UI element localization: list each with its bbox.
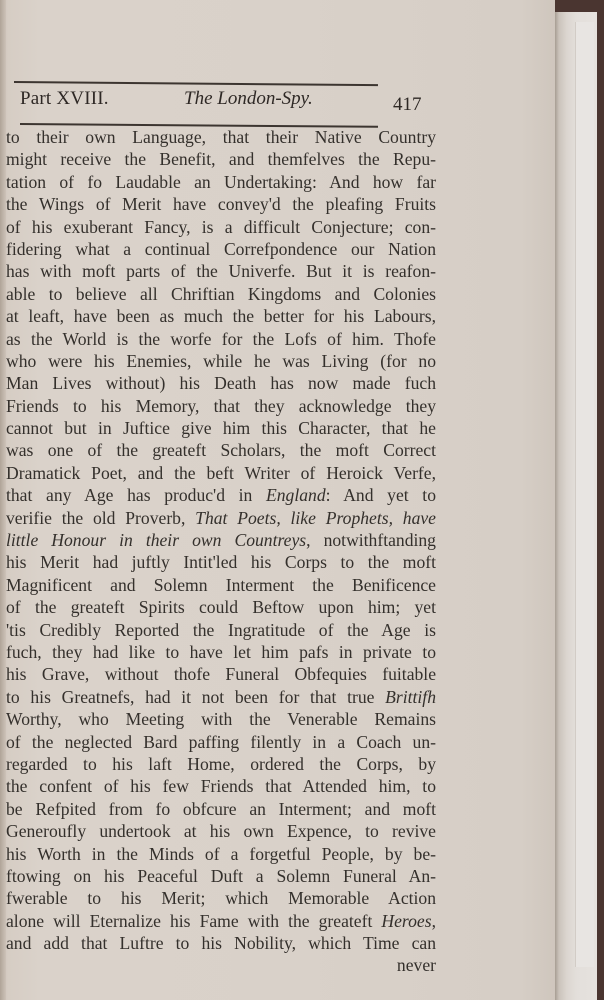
text-line: of the neglected Bard paffing filently i… xyxy=(6,731,436,753)
text-line: Magnificent and Solemn Interment the Ben… xyxy=(6,574,436,596)
body-text: to their own Language, that their Native… xyxy=(6,126,436,977)
text-run: and add that Luftre to his Nobility, whi… xyxy=(6,933,436,953)
text-line: and add that Luftre to his Nobility, whi… xyxy=(6,932,436,954)
text-line: regarded to his laft Home, ordered the C… xyxy=(6,753,436,775)
text-run: to their own Language, that their Native… xyxy=(6,127,436,147)
text-line: tation of fo Laudable an Undertaking: An… xyxy=(6,171,436,193)
text-run: of the greateft Spirits could Beftow upo… xyxy=(6,597,436,617)
text-line: the Wings of Merit have convey'd the ple… xyxy=(6,193,436,215)
text-line: that any Age has produc'd in England: An… xyxy=(6,484,436,506)
text-line: his Merit had juftly Intit'led his Corps… xyxy=(6,551,436,573)
italic-run: Brittifh xyxy=(385,687,436,707)
text-run: to his Greatnefs, had it not been for th… xyxy=(6,687,385,707)
text-line: his Worth in the Minds of a forgetful Pe… xyxy=(6,843,436,865)
text-line: might receive the Benefit, and themfelve… xyxy=(6,148,436,170)
text-run: , notwithftanding xyxy=(306,530,436,550)
text-line: ftowing on his Peaceful Duft a Solemn Fu… xyxy=(6,865,436,887)
text-line: Generoufly undertook at his own Expence,… xyxy=(6,820,436,842)
text-line: of the greateft Spirits could Beftow upo… xyxy=(6,596,436,618)
text-line: be Refpited from fo obfcure an Interment… xyxy=(6,798,436,820)
text-line: at leaft, have been as much the better f… xyxy=(6,305,436,327)
catchword: never xyxy=(6,954,436,976)
text-run: : And yet to xyxy=(326,485,436,505)
italic-run: Heroes xyxy=(381,911,431,931)
text-run: Magnificent and Solemn Interment the Ben… xyxy=(6,575,436,595)
text-line: Friends to his Memory, that they acknowl… xyxy=(6,395,436,417)
text-line: fuch, they had like to have let him pafs… xyxy=(6,641,436,663)
text-run: who were his Enemies, while he was Livin… xyxy=(6,351,436,371)
text-line: the confent of his few Friends that Atte… xyxy=(6,775,436,797)
text-run: his Merit had juftly Intit'led his Corps… xyxy=(6,552,436,572)
text-run: his Worth in the Minds of a forgetful Pe… xyxy=(6,844,436,864)
text-line: fidering what a continual Correfpondence… xyxy=(6,238,436,260)
text-run: able to believe all Chriftian Kingdoms a… xyxy=(6,284,436,304)
text-run: at leaft, have been as much the better f… xyxy=(6,306,436,326)
header-part: Part XVIII. xyxy=(20,88,109,110)
text-line: Man Lives without) his Death has now mad… xyxy=(6,372,436,394)
text-run: be Refpited from fo obfcure an Interment… xyxy=(6,799,436,819)
page-stack-edge-inner xyxy=(575,22,594,967)
text-run: his Grave, without thofe Funeral Obfequi… xyxy=(6,664,436,684)
text-run: verifie the old Proverb, xyxy=(6,508,195,528)
text-run: of his exuberant Fancy, is a difficult C… xyxy=(6,217,436,237)
text-line: of his exuberant Fancy, is a difficult C… xyxy=(6,216,436,238)
text-run: as the World is the worfe for the Lofs o… xyxy=(6,329,436,349)
text-run: was one of the greateft Scholars, the mo… xyxy=(6,440,436,460)
text-run: Man Lives without) his Death has now mad… xyxy=(6,373,436,393)
text-run: the Wings of Merit have convey'd the ple… xyxy=(6,194,436,214)
page-number: 417 xyxy=(393,94,422,116)
text-run: that any Age has produc'd in xyxy=(6,485,266,505)
text-run: Worthy, who Meeting with the Venerable R… xyxy=(6,709,436,729)
text-run: Dramatick Poet, and the beft Writer of H… xyxy=(6,463,436,483)
text-run: 'tis Credibly Reported the Ingratitude o… xyxy=(6,620,436,640)
text-run: has with moft parts of the Univerfe. But… xyxy=(6,261,436,281)
text-run: alone will Eternalize his Fame with the … xyxy=(6,911,381,931)
text-run: tation of fo Laudable an Undertaking: An… xyxy=(6,172,436,192)
text-line: Worthy, who Meeting with the Venerable R… xyxy=(6,708,436,730)
text-run: ftowing on his Peaceful Duft a Solemn Fu… xyxy=(6,866,436,886)
text-line: his Grave, without thofe Funeral Obfequi… xyxy=(6,663,436,685)
italic-run: That Poets, like Prophets, have xyxy=(195,508,436,528)
text-line: was one of the greateft Scholars, the mo… xyxy=(6,439,436,461)
text-run: the confent of his few Friends that Atte… xyxy=(6,776,436,796)
text-line: little Honour in their own Countreys, no… xyxy=(6,529,436,551)
text-run: Generoufly undertook at his own Expence,… xyxy=(6,821,436,841)
text-run: fuch, they had like to have let him pafs… xyxy=(6,642,436,662)
text-run: might receive the Benefit, and themfelve… xyxy=(6,149,436,169)
text-run: of the neglected Bard paffing filently i… xyxy=(6,732,436,752)
text-line: to his Greatnefs, had it not been for th… xyxy=(6,686,436,708)
text-line: as the World is the worfe for the Lofs o… xyxy=(6,328,436,350)
text-run: cannot but in Juftice give him this Char… xyxy=(6,418,436,438)
header-title: The London-Spy. xyxy=(184,88,313,110)
text-run: fidering what a continual Correfpondence… xyxy=(6,239,436,259)
text-line: 'tis Credibly Reported the Ingratitude o… xyxy=(6,619,436,641)
running-header: Part XVIII. The London-Spy. 417 xyxy=(20,84,420,120)
text-line: who were his Enemies, while he was Livin… xyxy=(6,350,436,372)
text-line: fwerable to his Merit; which Memorable A… xyxy=(6,887,436,909)
text-line: Dramatick Poet, and the beft Writer of H… xyxy=(6,462,436,484)
text-line: verifie the old Proverb, That Poets, lik… xyxy=(6,507,436,529)
text-run: fwerable to his Merit; which Memorable A… xyxy=(6,888,436,908)
text-line: has with moft parts of the Univerfe. But… xyxy=(6,260,436,282)
text-line: able to believe all Chriftian Kingdoms a… xyxy=(6,283,436,305)
text-line: to their own Language, that their Native… xyxy=(6,126,436,148)
text-line: alone will Eternalize his Fame with the … xyxy=(6,910,436,932)
italic-run: England xyxy=(266,485,326,505)
text-run: , xyxy=(432,911,436,931)
text-run: Friends to his Memory, that they acknowl… xyxy=(6,396,436,416)
text-run: regarded to his laft Home, ordered the C… xyxy=(6,754,436,774)
italic-run: little Honour in their own Countreys xyxy=(6,530,306,550)
text-line: cannot but in Juftice give him this Char… xyxy=(6,417,436,439)
